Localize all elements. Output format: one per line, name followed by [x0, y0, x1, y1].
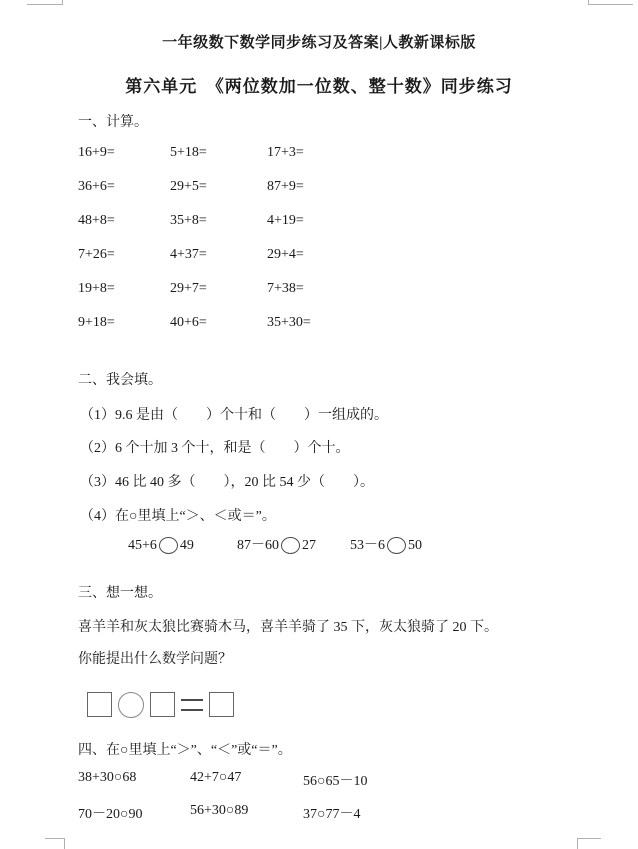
- fill-item-2: （2）6 个十加 3 个十，和是（ ）个十。: [80, 440, 350, 457]
- question-text: 你能提出什么数学问题？: [78, 651, 232, 668]
- calc-row: 19+8= 29+7= 7+38=: [78, 281, 498, 315]
- operator-circle: [118, 692, 144, 718]
- calc-problem: 16+9=: [78, 145, 115, 161]
- page-corner-mark-top-left: [27, 0, 63, 5]
- equals-sign: [181, 699, 203, 711]
- calc-problem: 19+8=: [78, 281, 115, 297]
- calc-problem: 5+18=: [170, 145, 207, 161]
- calc-problem: 48+8=: [78, 213, 115, 229]
- calc-problem: 29+5=: [170, 179, 207, 195]
- compare-row: 38+30○68 42+7○47 56○65－10: [78, 770, 538, 803]
- compare-left: 87－60: [237, 537, 279, 554]
- calc-problem: 17+3=: [267, 145, 304, 161]
- calc-problem-grid: 16+9= 5+18= 17+3= 36+6= 29+5= 87+9= 48+8…: [78, 145, 498, 349]
- compare-left: 53－6: [350, 537, 385, 554]
- compare-right: 27: [302, 537, 316, 554]
- answer-box: [209, 692, 234, 717]
- answer-circle: [159, 537, 178, 554]
- calc-problem: 29+7=: [170, 281, 207, 297]
- compare-problem: 56+30○89: [190, 803, 248, 819]
- calc-problem: 87+9=: [267, 179, 304, 195]
- answer-circle: [387, 537, 406, 554]
- answer-box: [150, 692, 175, 717]
- calc-row: 16+9= 5+18= 17+3=: [78, 145, 498, 179]
- calc-problem: 7+26=: [78, 247, 115, 263]
- compare-grid: 38+30○68 42+7○47 56○65－10 70－20○90 56+30…: [78, 770, 538, 836]
- calc-problem: 9+18=: [78, 315, 115, 331]
- compare-problem: 38+30○68: [78, 770, 136, 786]
- calc-problem: 4+19=: [267, 213, 304, 229]
- calc-problem: 35+30=: [267, 315, 311, 331]
- compare-row: 70－20○90 56+30○89 37○77－4: [78, 803, 538, 836]
- page-corner-mark-bottom-right: [577, 838, 601, 849]
- equals-bar: [181, 699, 203, 701]
- compare-right: 50: [408, 537, 422, 554]
- fill-item-4: （4）在○里填上“＞、＜或＝”。: [80, 508, 276, 525]
- calc-problem: 29+4=: [267, 247, 304, 263]
- calc-row: 9+18= 40+6= 35+30=: [78, 315, 498, 349]
- answer-circle: [281, 537, 300, 554]
- compare-expression: 53－6 50: [350, 537, 422, 554]
- calc-problem: 36+6=: [78, 179, 115, 195]
- section1-heading: 一、计算。: [78, 114, 148, 131]
- equals-bar: [181, 709, 203, 711]
- compare-problem: 70－20○90: [78, 803, 142, 823]
- section2-heading: 二、我会填。: [78, 372, 162, 389]
- page-corner-mark-top-right: [588, 0, 633, 5]
- section3-heading: 三、想一想。: [78, 585, 162, 602]
- fill-item-1: （1）9.6 是由（ ）个十和（ ）一组成的。: [80, 407, 388, 424]
- answer-box: [87, 692, 112, 717]
- page-corner-mark-bottom-left: [45, 838, 65, 849]
- compare-expression: 87－60 27: [237, 537, 316, 554]
- compare-right: 49: [180, 537, 194, 554]
- fill-item-3: （3）46 比 40 多（ ），20 比 54 少（ ）。: [80, 474, 374, 491]
- document-title: 一年级数下数学同步练习及答案|人教新课标版: [0, 31, 638, 52]
- compare-problem: 42+7○47: [190, 770, 241, 786]
- calc-problem: 4+37=: [170, 247, 207, 263]
- compare-expression: 45+6 49: [128, 537, 194, 554]
- worksheet-page: 一年级数下数学同步练习及答案|人教新课标版 第六单元 《两位数加一位数、整十数》…: [0, 0, 638, 849]
- calc-problem: 7+38=: [267, 281, 304, 297]
- compare-left: 45+6: [128, 537, 157, 554]
- calc-row: 36+6= 29+5= 87+9=: [78, 179, 498, 213]
- section4-heading: 四、在○里填上“＞”、“＜”或“＝”。: [78, 742, 292, 759]
- calc-problem: 40+6=: [170, 315, 207, 331]
- equation-shapes-row: [87, 691, 234, 718]
- compare-problem: 56○65－10: [303, 770, 367, 790]
- story-text: 喜羊羊和灰太狼比赛骑木马，喜羊羊骑了 35 下，灰太狼骑了 20 下。: [78, 619, 498, 636]
- unit-subtitle: 第六单元 《两位数加一位数、整十数》同步练习: [0, 72, 638, 97]
- calc-problem: 35+8=: [170, 213, 207, 229]
- calc-row: 7+26= 4+37= 29+4=: [78, 247, 498, 281]
- calc-row: 48+8= 35+8= 4+19=: [78, 213, 498, 247]
- compare-problem: 37○77－4: [303, 803, 360, 823]
